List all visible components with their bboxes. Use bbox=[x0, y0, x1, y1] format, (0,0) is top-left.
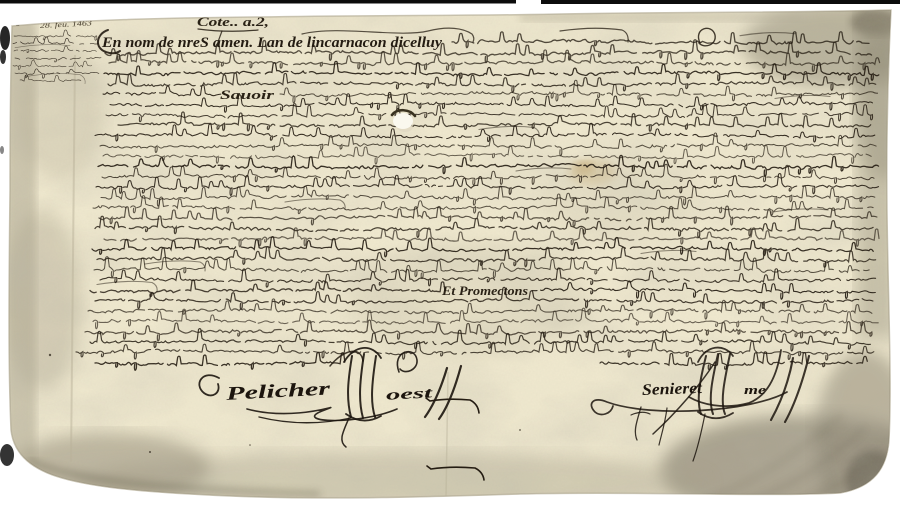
film-edge-marks bbox=[0, 0, 900, 4]
emphasis-sauoir: Sauoir bbox=[220, 87, 275, 102]
photograph-of-charter: Cote.. a.2, 2 28. feu. 1463 En nom de nr… bbox=[0, 0, 900, 525]
charter-image: Cote.. a.2, 2 28. feu. 1463 En nom de nr… bbox=[0, 0, 900, 525]
parchment-stains bbox=[2, 3, 900, 525]
emphasis-promectons: Et Promectons bbox=[441, 283, 528, 298]
svg-text:Senieret: Senieret bbox=[642, 380, 703, 399]
svg-text:oest: oest bbox=[386, 385, 434, 403]
